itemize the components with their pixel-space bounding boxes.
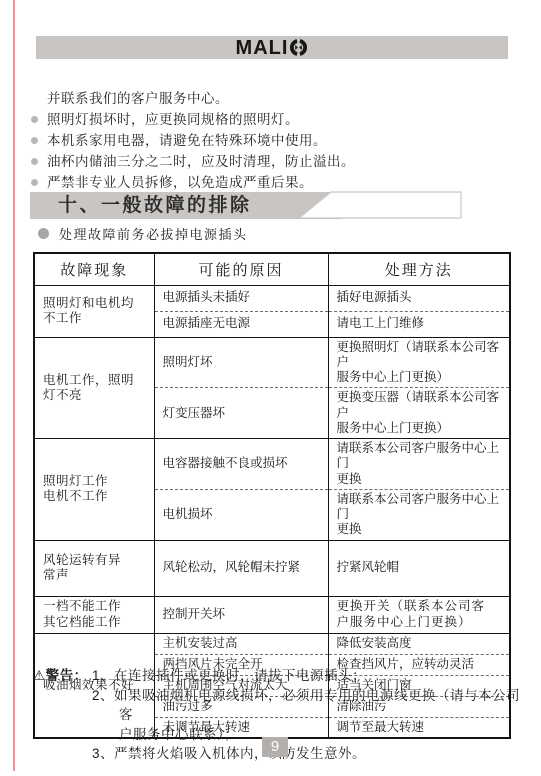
cause-cell: 电源插座无电源: [154, 311, 328, 337]
fault-table-row: 电机工作，照明 灯不亮照明灯坏更换照明灯（请联系本公司客户 服务中心上门更换）: [34, 337, 510, 388]
section-banner-slant-decor: [298, 191, 463, 220]
remedy-cell: 插好电源插头: [328, 285, 510, 311]
intro-bullet-item: 油杯内储油三分之二时，应及时清理，防止溢出。: [30, 151, 512, 172]
intro-bullet-text: 照明灯损坏时，应更换同规格的照明灯。: [47, 112, 299, 127]
symptom-cell: 照明灯和电机均 不工作: [34, 285, 154, 337]
fault-table-row: 照明灯和电机均 不工作电源插头未插好插好电源插头: [34, 285, 510, 311]
symptom-cell: 电机工作，照明 灯不亮: [34, 337, 154, 439]
intro-bullet-item: 严禁非专业人员拆修，以免造成严重后果。: [30, 172, 512, 193]
manual-page: MALI 并联系我们的客户服务中心。 照明灯损坏时，应更换同规格的照明灯。本机系…: [0, 0, 541, 776]
remedy-cell: 请联系本公司客户服务中心上门 更换: [328, 439, 510, 490]
remedy-cell: 请联系本公司客户服务中心上门 更换: [328, 489, 510, 540]
cause-cell: 控制开关坏: [154, 596, 328, 633]
header-symptom: 故障现象: [34, 253, 154, 285]
intro-lead-line: 并联系我们的客户服务中心。: [30, 88, 512, 109]
cause-cell: 照明灯坏: [154, 337, 328, 388]
bullet-icon: [31, 137, 38, 144]
cause-cell: 风轮松动，风轮帽未拧紧: [154, 540, 328, 596]
warning-item: 3、严禁将火焰吸入机体内，以防发生意外。: [92, 744, 520, 764]
symptom-cell: 风轮运转有异 常声: [34, 540, 154, 596]
intro-bullet-text: 本机系家用电器，请避免在特殊环境中使用。: [47, 133, 327, 148]
bullet-icon: [31, 116, 38, 123]
intro-bullet-text: 严禁非专业人员拆修，以免造成严重后果。: [47, 175, 313, 190]
brand-name: MALI: [236, 38, 289, 58]
symptom-cell: 照明灯工作 电机不工作: [34, 439, 154, 541]
symptom-cell: 一档不能工作 其它档能工作: [34, 596, 154, 633]
intro-bullet-item: 本机系家用电器，请避免在特殊环境中使用。: [30, 130, 512, 151]
warning-label: ⚠警告：: [33, 666, 92, 764]
fault-table-row: 风轮运转有异 常声风轮松动，风轮帽未拧紧拧紧风轮帽: [34, 540, 510, 596]
section-note: 处理故障前务必拔掉电源插头: [38, 224, 248, 243]
remedy-cell: 更换照明灯（请联系本公司客户 服务中心上门更换）: [328, 337, 510, 388]
remedy-cell: 请电工上门维修: [328, 311, 510, 337]
header-cause: 可能的原因: [154, 253, 328, 285]
cause-cell: 电容器接触不良或损坏: [154, 439, 328, 490]
cause-cell: 电机损坏: [154, 489, 328, 540]
warning-triangle-icon: ⚠: [33, 668, 46, 683]
bullet-icon: [31, 179, 38, 186]
page-number-badge: 9: [262, 737, 288, 757]
brand-banner: MALI: [36, 36, 508, 59]
page-edge-accent-line: [13, 0, 15, 771]
note-text: 处理故障前务必拔掉电源插头: [59, 224, 248, 243]
warning-item: 2、如果吸油烟机电源线损坏，必须用专用的电源线更换（请与本公司客 户服务中心联系…: [92, 686, 520, 745]
cause-cell: 电源插头未插好: [154, 285, 328, 311]
fault-table-row: 照明灯工作 电机不工作电容器接触不良或损坏请联系本公司客户服务中心上门 更换: [34, 439, 510, 490]
intro-bullet-item: 照明灯损坏时，应更换同规格的照明灯。: [30, 109, 512, 130]
warning-label-text: 警告：: [46, 668, 88, 683]
brand-logo-o-icon: [289, 38, 308, 57]
remedy-cell: 拧紧风轮帽: [328, 540, 510, 596]
cause-cell: 主机安装过高: [154, 633, 328, 654]
remedy-cell: 更换变压器（请联系本公司客户 服务中心上门更换）: [328, 388, 510, 439]
cause-cell: 灯变压器坏: [154, 388, 328, 439]
intro-bullet-text: 油杯内储油三分之二时，应及时清理，防止溢出。: [47, 154, 355, 169]
intro-block: 并联系我们的客户服务中心。 照明灯损坏时，应更换同规格的照明灯。本机系家用电器，…: [30, 88, 512, 193]
fault-table-row: 吸油烟效果不好主机安装过高降低安装高度: [34, 633, 510, 654]
section-title-banner: 十、一般故障的排除: [30, 192, 342, 219]
remedy-cell: 更换开关（联系本公司客 户服务中心上门更换）: [328, 596, 510, 633]
remedy-cell: 降低安装高度: [328, 633, 510, 654]
fault-table-row: 一档不能工作 其它档能工作控制开关坏更换开关（联系本公司客 户服务中心上门更换）: [34, 596, 510, 633]
fault-table-header-row: 故障现象 可能的原因 处理方法: [34, 253, 510, 285]
warning-items: 1、在连接插件或更换时，请拔下电源插头；2、如果吸油烟机电源线损坏，必须用专用的…: [92, 666, 520, 764]
warning-item: 1、在连接插件或更换时，请拔下电源插头；: [92, 666, 520, 686]
intro-bullet-list: 照明灯损坏时，应更换同规格的照明灯。本机系家用电器，请避免在特殊环境中使用。油杯…: [30, 109, 512, 193]
note-bullet-icon: [38, 228, 49, 239]
bullet-icon: [31, 158, 38, 165]
header-remedy: 处理方法: [328, 253, 510, 285]
section-title: 十、一般故障的排除: [30, 192, 342, 219]
